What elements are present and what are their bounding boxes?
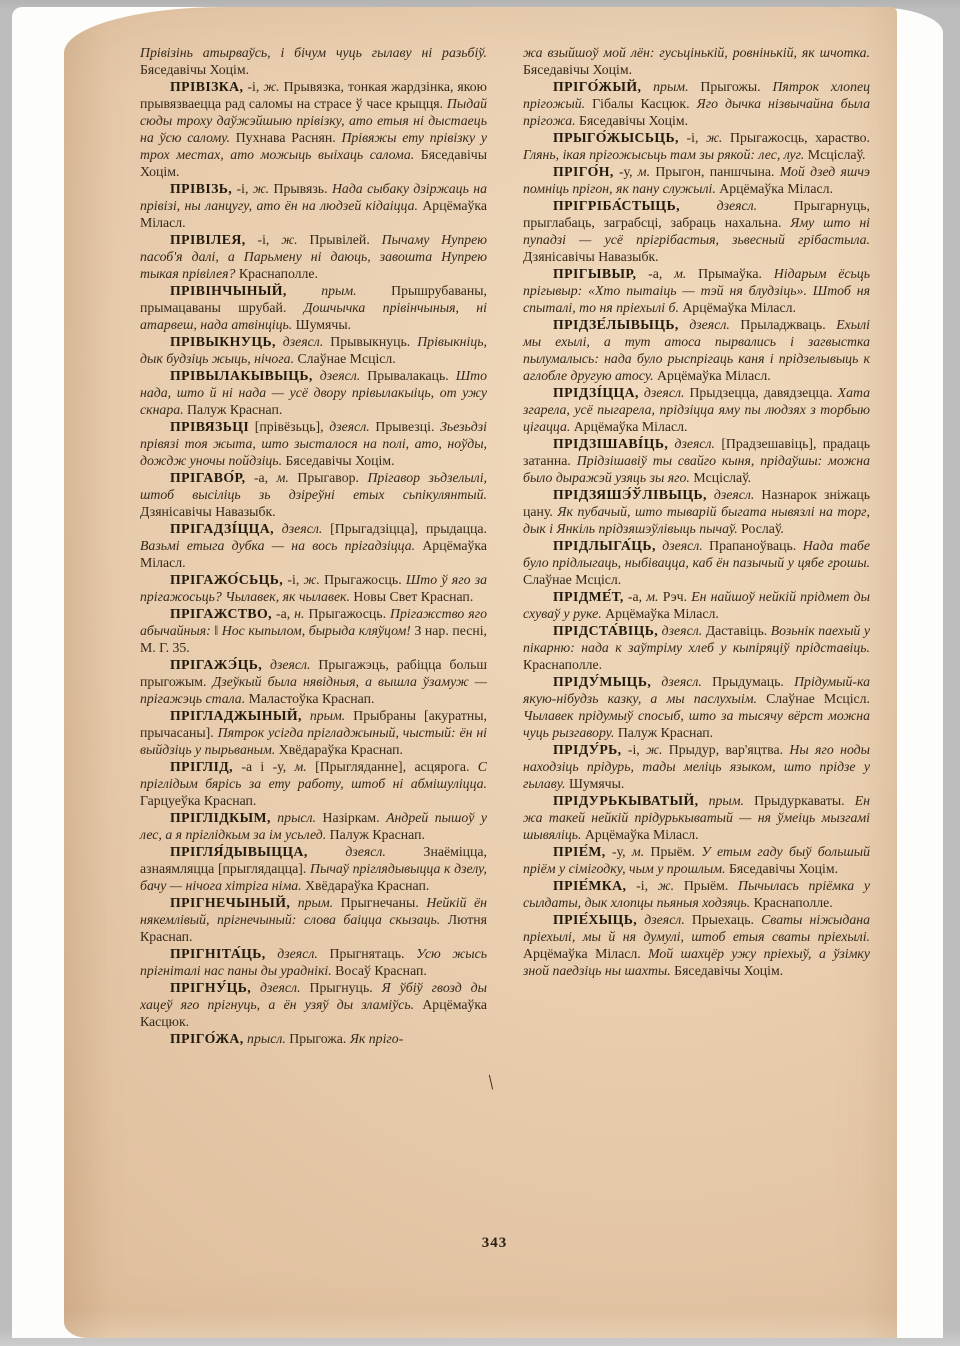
- entry-text: Прыгнуць.: [301, 980, 382, 995]
- entry-text: Слаўнае Мсцісл.: [297, 351, 395, 366]
- entry-text: -і,: [622, 742, 647, 757]
- headword: ПРІЕ́ХЫЦЬ,: [553, 912, 637, 927]
- entry-text: Прыгавор.: [289, 470, 368, 485]
- entry-text: Прыём.: [674, 878, 738, 893]
- entry-text: Восаў Краснап.: [335, 963, 427, 978]
- entry-text: -і,: [283, 572, 303, 587]
- example-text: дзеясл.: [707, 487, 755, 502]
- example-text: ж.: [706, 130, 722, 145]
- entry-text: Прыдур, вар'яцтва.: [662, 742, 789, 757]
- entry-text: Прыгажосць.: [320, 572, 406, 587]
- entry-text: [Прыгляданне], асцярога.: [307, 759, 478, 774]
- headword: ПРІГЫВЫР,: [553, 266, 636, 281]
- dictionary-entry: Прівізінь атырваўсь, і бічум чуць гылаву…: [140, 44, 487, 78]
- entry-text: Маластоўка Краснап.: [249, 691, 375, 706]
- example-text: м.: [277, 470, 289, 485]
- headword: ПРІДУ́МЫЦЬ,: [553, 674, 651, 689]
- dictionary-entry: ПРІДЗЕ́ЛЫВЫЦЬ, дзеясл. Прыладжваць. Ехыл…: [523, 316, 870, 384]
- example-text: ж.: [263, 79, 279, 94]
- entry-text: Прывыкнуць.: [323, 334, 417, 349]
- book-page: Прівізінь атырваўсь, і бічум чуць гылаву…: [64, 7, 897, 1338]
- dictionary-entry: ПРІГНЕЧЫНЫЙ, прым. Прыгнечаны. Нейкій ён…: [140, 894, 487, 945]
- dictionary-entry: ПРІГНУ́ЦЬ, дзеясл. Прыгнуць. Я ўбіў гвоз…: [140, 979, 487, 1030]
- example-text: дзеясл.: [251, 980, 300, 995]
- entry-text: Рослаў.: [741, 521, 784, 536]
- headword: ПРЫГО́ЖЫСЬЦЬ,: [553, 130, 679, 145]
- entry-text: Бяседавічы Хоцім.: [523, 62, 632, 77]
- dictionary-entry: ПРІДМЕ́Т, -а, м. Рэч. Ен найшоў нейкій п…: [523, 588, 870, 622]
- entry-text: Прыехаць.: [685, 912, 761, 927]
- entry-text: Дзянісавічы Навазыбк.: [523, 249, 659, 264]
- entry-text: Прывезці.: [370, 419, 440, 434]
- dictionary-entry: ПРІДУРЬКЫВАТЫЙ, прым. Прыдуркаваты. Ен ж…: [523, 792, 870, 843]
- example-text: дзеясл.: [262, 657, 310, 672]
- dictionary-entry: жа взыйшоў мой лён: гусьцінькій, ровнінь…: [523, 44, 870, 78]
- example-text: Як пріго-: [350, 1031, 403, 1046]
- dictionary-entry: ПРІВІЗКА, -і, ж. Прывязка, тонкая жардзі…: [140, 78, 487, 180]
- headword: ПРІГАЖО́СЬЦЬ,: [170, 572, 283, 587]
- example-text: дзеясл.: [679, 317, 730, 332]
- headword: ПРІЕ́М,: [553, 844, 606, 859]
- entry-text: Рэч.: [659, 589, 692, 604]
- dictionary-entry: ПРІГАВО́Р, -а, м. Прыгавор. Прігавор зьд…: [140, 469, 487, 520]
- dictionary-entry: ПРІВІЗЬ, -і, ж. Прывязь. Нада сыбаку дзі…: [140, 180, 487, 231]
- entry-text: Прыдзецца, давядзецца.: [684, 385, 837, 400]
- entry-text: Прыгон, паншчына.: [650, 164, 780, 179]
- entry-text: Прыгожа.: [286, 1031, 350, 1046]
- entry-text: -у,: [614, 164, 638, 179]
- entry-text: -а,: [245, 470, 276, 485]
- text-column-right: жа взыйшоў мой лён: гусьцінькій, ровнінь…: [523, 44, 870, 979]
- headword: ПРІДЗЕ́ЛЫВЫЦЬ,: [553, 317, 679, 332]
- entry-text: Арцёмаўка Міласл.: [719, 181, 833, 196]
- entry-text: Арцёмаўка Міласл.: [682, 300, 796, 315]
- headword: ПРІГНЕЧЫНЫЙ,: [170, 895, 290, 910]
- headword: ПРІВЯЗЬЦІ: [170, 419, 249, 434]
- page-number: 343: [64, 1235, 897, 1252]
- headword: ПРІВІЗКА,: [170, 79, 243, 94]
- headword: ПРІГЛЯ́ДЫВЫЦЦА,: [170, 844, 308, 859]
- entry-text: Гібалы Касцюк.: [592, 96, 696, 111]
- dictionary-entry: ПРІГЛІДКЫМ, прысл. Назіркам. Андрей пышо…: [140, 809, 487, 843]
- entry-text: Бяседавічы Хоцім.: [674, 963, 783, 978]
- entry-text: Гарцуеўка Краснап.: [140, 793, 256, 808]
- entry-text: Краснаполле.: [754, 895, 833, 910]
- entry-text: Краснаполле.: [523, 657, 602, 672]
- entry-text: Прыём.: [644, 844, 701, 859]
- dictionary-entry: ПРІЕ́МКА, -і, ж. Прыём. Пычылась пріёмка…: [523, 877, 870, 911]
- entry-text: Прыладжваць.: [730, 317, 836, 332]
- headword: ПРІГАЖЭ́ЦЬ,: [170, 657, 262, 672]
- example-text: ж.: [646, 742, 662, 757]
- dictionary-entry: ПРІЕ́М, -у, м. Прыём. У етым гаду быў бо…: [523, 843, 870, 877]
- example-text: дзеясл.: [637, 912, 685, 927]
- entry-text: Арцёмаўка Міласл.: [523, 946, 648, 961]
- example-text: прым.: [698, 793, 744, 808]
- headword: ПРІГАЖСТВО,: [170, 606, 272, 621]
- headword: ПРІДСТА́ВІЦЬ,: [553, 623, 658, 638]
- headword: ПРІГО́ЖЫЙ,: [553, 79, 641, 94]
- example-text: дзеясл.: [308, 844, 386, 859]
- dictionary-entry: ПРІГНІТА́ЦЬ, дзеясл. Прыгнятаць. Усю жыс…: [140, 945, 487, 979]
- entry-text: -і,: [232, 181, 253, 196]
- scanned-dictionary-page: { "page": { "number": "343", "pen_mark":…: [0, 0, 960, 1346]
- example-text: дзеясл.: [680, 198, 757, 213]
- dictionary-entry: ПРІДУ́МЫЦЬ, дзеясл. Прыдумаць. Прідумый-…: [523, 673, 870, 741]
- example-text: ж.: [281, 232, 297, 247]
- dictionary-entry: ПРІВІЛЕЯ, -і, ж. Прывілей. Пычаму Нупрею…: [140, 231, 487, 282]
- example-text: дзеясл.: [668, 436, 715, 451]
- entry-text: Прывілей.: [298, 232, 382, 247]
- entry-text: Арцёмаўка Міласл.: [657, 368, 771, 383]
- example-text: дзеясл.: [274, 521, 322, 536]
- headword: ПРІГО́Н,: [553, 164, 614, 179]
- entry-text: Мсціслаў.: [693, 470, 751, 485]
- headword: ПРІДЗЯШЭ́ЎЛІВЫЦЬ,: [553, 487, 707, 502]
- entry-text: Прыгожы.: [689, 79, 773, 94]
- entry-text: Даставіць.: [702, 623, 771, 638]
- dictionary-entry: ПРІГАДЗІ́ЦЦА, дзеясл. [Прыгадзіцца], пры…: [140, 520, 487, 571]
- entry-text: -і,: [626, 878, 657, 893]
- entry-text: Арцёмаўка Міласл.: [605, 606, 719, 621]
- dictionary-entry: ПРЫГО́ЖЫСЬЦЬ, -і, ж. Прыгажосць, хараств…: [523, 129, 870, 163]
- headword: ПРІГЛІД,: [170, 759, 233, 774]
- text-column-left: Прівізінь атырваўсь, і бічум чуць гылаву…: [140, 44, 487, 1047]
- example-text: прым.: [290, 895, 333, 910]
- headword: ПРІДЛЫГА́ЦЬ,: [553, 538, 656, 553]
- entry-text: Палуж Краснап.: [618, 725, 713, 740]
- dictionary-entry: ПРІДСТА́ВІЦЬ, дзеясл. Даставіць. Возьнік…: [523, 622, 870, 673]
- dictionary-entry: ПРІГЫВЫР, -а, м. Прымаўка. Нідарым ёсьць…: [523, 265, 870, 316]
- entry-text: Прыгажосць.: [304, 606, 390, 621]
- example-text: дзеясл.: [656, 538, 703, 553]
- entry-text: Прыгнятаць.: [318, 946, 416, 961]
- example-text: Прівізінь атырваўсь, і бічум чуць гылаву…: [140, 45, 487, 60]
- entry-text: -а і -у,: [233, 759, 294, 774]
- headword: ПРІВІЗЬ,: [170, 181, 232, 196]
- entry-text: Слаўнае Мсцісл.: [523, 572, 621, 587]
- dictionary-entry: ПРІВІНЧЫНЫЙ, прым. Прышрубаваны, прымаца…: [140, 282, 487, 333]
- entry-text: -і,: [679, 130, 706, 145]
- example-text: Вазьмі етыга дубка — на вось прігадзіцца…: [140, 538, 422, 553]
- headword: ПРІВІНЧЫНЫЙ,: [170, 283, 287, 298]
- entry-text: Арцёмаўка Міласл.: [574, 419, 688, 434]
- dictionary-entry: ПРІДЗІШАВІ́ЦЬ, дзеясл. [Прадзешавіць], п…: [523, 435, 870, 486]
- dictionary-entry: ПРІВЫКНУЦЬ, дзеясл. Прывыкнуць. Прівыкні…: [140, 333, 487, 367]
- example-text: прым.: [287, 283, 357, 298]
- headword: ПРІВЫЛАКЫВЫЦЬ,: [170, 368, 313, 383]
- headword: ПРІГЛАДЖЫНЫЙ,: [170, 708, 302, 723]
- entry-text: -і,: [246, 232, 282, 247]
- dictionary-entry: ПРІГАЖО́СЬЦЬ, -і, ж. Прыгажосць. Што ў я…: [140, 571, 487, 605]
- example-text: дзеясл.: [266, 946, 318, 961]
- headword: ПРІГЛІДКЫМ,: [170, 810, 271, 825]
- dictionary-entry: ПРІВЫЛАКЫВЫЦЬ, дзеясл. Прывалакаць. Што …: [140, 367, 487, 418]
- example-text: прысл.: [271, 810, 316, 825]
- entry-text: -а,: [636, 266, 674, 281]
- example-text: дзеясл.: [313, 368, 361, 383]
- entry-text: [Прыгадзіцца], прыдацца.: [322, 521, 487, 536]
- entry-text: Палуж Краснап.: [187, 402, 282, 417]
- entry-text: Новы Свет Краснап.: [353, 589, 473, 604]
- entry-text: Бяседавічы Хоцім.: [729, 861, 838, 876]
- entry-text: Прывязь.: [269, 181, 332, 196]
- example-text: дзеясл.: [658, 623, 702, 638]
- entry-text: Прыгажосць, хараство.: [722, 130, 870, 145]
- headword: ПРІГРІБА́СТЫЦЬ,: [553, 198, 680, 213]
- entry-text: Шумячы.: [296, 317, 351, 332]
- example-text: Глянь, ікая прігожысьць там зы рякой: ле…: [523, 147, 808, 162]
- headword: ПРІВЫКНУЦЬ,: [170, 334, 276, 349]
- dictionary-entry: ПРІЕ́ХЫЦЬ, дзеясл. Прыехаць. Сваты ніжыд…: [523, 911, 870, 979]
- dictionary-entry: ПРІГЛЯ́ДЫВЫЦЦА, дзеясл. Знаёміцца, азная…: [140, 843, 487, 894]
- entry-text: Прапаноўваць.: [703, 538, 803, 553]
- entry-text: Бяседавічы Хоцім.: [140, 62, 249, 77]
- entry-text: -а,: [624, 589, 647, 604]
- example-text: ж.: [658, 878, 674, 893]
- entry-text: Хвёдараўка Краснап.: [279, 742, 403, 757]
- entry-text: Арцёмаўка Міласл.: [585, 827, 699, 842]
- example-text: н.: [294, 606, 304, 621]
- dictionary-entry: ПРІГРІБА́СТЫЦЬ, дзеясл. Прыгарнуць, прыг…: [523, 197, 870, 265]
- example-text: жа взыйшоў мой лён: гусьцінькій, ровнінь…: [523, 45, 870, 60]
- example-text: прым.: [302, 708, 345, 723]
- entry-text: Прывалакаць.: [360, 368, 456, 383]
- dictionary-entry: ПРІГЛІД, -а і -у, м. [Прыгляданне], асця…: [140, 758, 487, 809]
- headword: ПРІГНІТА́ЦЬ,: [170, 946, 266, 961]
- dictionary-entry: ПРІВЯЗЬЦІ [прівёзьць], дзеясл. Прывезці.…: [140, 418, 487, 469]
- headword: ПРІЕ́МКА,: [553, 878, 626, 893]
- entry-text: Палуж Краснап.: [330, 827, 425, 842]
- example-text: дзеясл.: [651, 674, 702, 689]
- entry-text: Шумячы.: [569, 776, 624, 791]
- example-text: м.: [632, 844, 644, 859]
- headword: ПРІГО́ЖА,: [170, 1031, 244, 1046]
- entry-text: Бяседавічы Хоцім.: [285, 453, 394, 468]
- headword: ПРІДЗІ́ЦЦА,: [553, 385, 639, 400]
- example-text: ж.: [304, 572, 320, 587]
- headword: ПРІДУРЬКЫВАТЫЙ,: [553, 793, 698, 808]
- entry-text: [прівёзьць],: [249, 419, 329, 434]
- entry-text: Бяседавічы Хоцім.: [579, 113, 688, 128]
- entry-text: Прымаўка.: [686, 266, 773, 281]
- headword: ПРІВІЛЕЯ,: [170, 232, 246, 247]
- entry-text: Прыдумаць.: [702, 674, 794, 689]
- entry-text: -у,: [606, 844, 632, 859]
- example-text: м.: [646, 589, 658, 604]
- entry-text: Дзянісавічы Навазыбк.: [140, 504, 276, 519]
- headword: ПРІГАВО́Р,: [170, 470, 245, 485]
- headword: ПРІДЗІШАВІ́ЦЬ,: [553, 436, 668, 451]
- example-text: м.: [674, 266, 686, 281]
- entry-text: Прыдуркаваты.: [744, 793, 855, 808]
- example-text: прысл.: [244, 1031, 286, 1046]
- example-text: дзеясл.: [276, 334, 323, 349]
- headword: ПРІДМЕ́Т,: [553, 589, 624, 604]
- example-text: прым.: [641, 79, 688, 94]
- example-text: м.: [638, 164, 650, 179]
- example-text: Як пубачый, што тыварій быгата нывязлі н…: [523, 504, 870, 536]
- entry-text: Мсціслаў.: [808, 147, 866, 162]
- entry-text: -і,: [243, 79, 263, 94]
- pen-mark: \: [487, 1070, 495, 1095]
- dictionary-entry: ПРІГО́ЖЫЙ, прым. Прыгожы. Пятрок хлопец …: [523, 78, 870, 129]
- dictionary-entry: ПРІГО́Н, -у, м. Прыгон, паншчына. Мой дз…: [523, 163, 870, 197]
- example-text: м.: [295, 759, 307, 774]
- headword: ПРІГАДЗІ́ЦЦА,: [170, 521, 274, 536]
- dictionary-entry: ПРІДУ́РЬ, -і, ж. Прыдур, вар'яцтва. Ны я…: [523, 741, 870, 792]
- headword: ПРІГНУ́ЦЬ,: [170, 980, 251, 995]
- example-text: дзеясл.: [329, 419, 370, 434]
- dictionary-entry: ПРІГЛАДЖЫНЫЙ, прым. Прыбраны [акуратны, …: [140, 707, 487, 758]
- dictionary-entry: ПРІДЗІ́ЦЦА, дзеясл. Прыдзецца, давядзецц…: [523, 384, 870, 435]
- entry-text: Назіркам.: [316, 810, 386, 825]
- headword: ПРІДУ́РЬ,: [553, 742, 622, 757]
- dictionary-entry: ПРІДЛЫГА́ЦЬ, дзеясл. Прапаноўваць. Нада …: [523, 537, 870, 588]
- example-text: дзеясл.: [639, 385, 685, 400]
- entry-text: -а,: [272, 606, 294, 621]
- dictionary-entry: ПРІГО́ЖА, прысл. Прыгожа. Як пріго-: [140, 1030, 487, 1047]
- dictionary-entry: ПРІДЗЯШЭ́ЎЛІВЫЦЬ, дзеясл. Назнарок зніжа…: [523, 486, 870, 537]
- example-text: ж.: [253, 181, 269, 196]
- entry-text: Прыгнечаны.: [333, 895, 426, 910]
- entry-text: Краснаполле.: [239, 266, 318, 281]
- entry-text: Хвёдараўка Краснап.: [305, 878, 429, 893]
- entry-text: Слаўнае Мсцісл.: [766, 691, 870, 706]
- dictionary-entry: ПРІГАЖЭ́ЦЬ, дзеясл. Прыгажэць, рабіцца б…: [140, 656, 487, 707]
- entry-text: Пухнава Раснян.: [236, 130, 342, 145]
- dictionary-entry: ПРІГАЖСТВО, -а, н. Прыгажосць. Прігажств…: [140, 605, 487, 656]
